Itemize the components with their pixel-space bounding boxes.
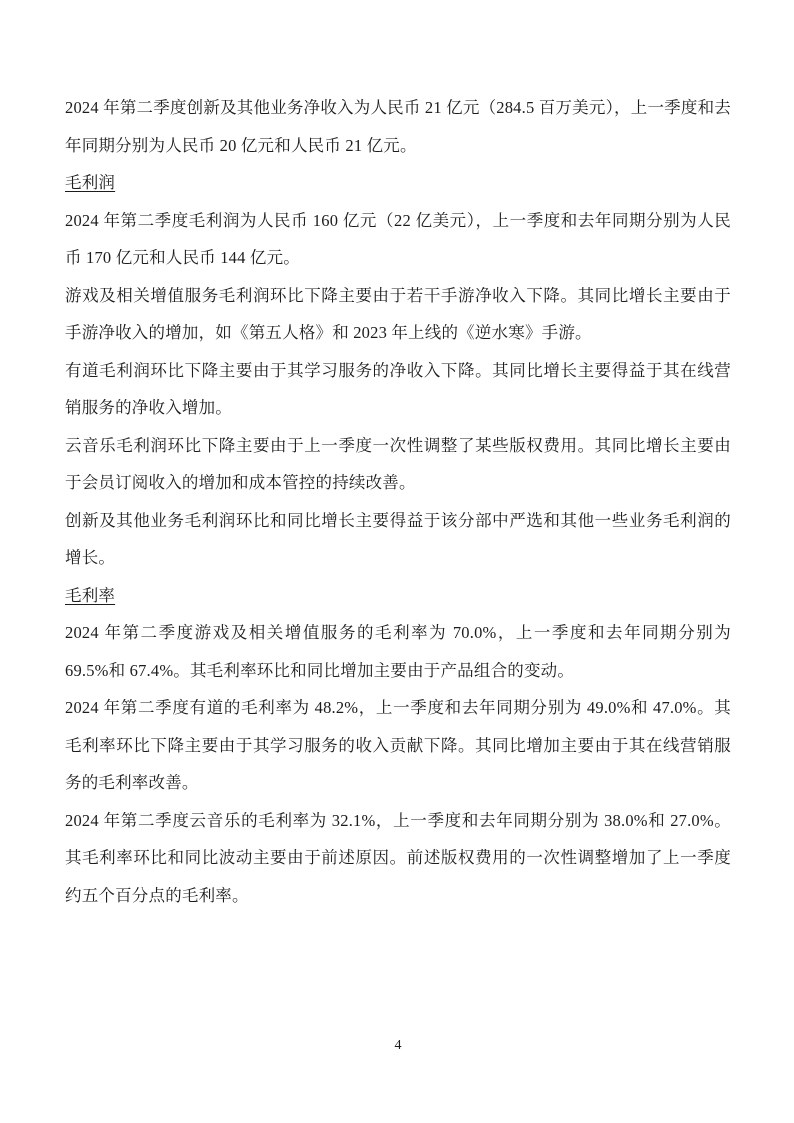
body-paragraph: 云音乐毛利润环比下降主要由于上一季度一次性调整了某些版权费用。其同比增长主要由于… — [65, 427, 731, 502]
page-footer: 4 — [65, 1036, 731, 1056]
body-paragraph: 2024 年第二季度游戏及相关增值服务的毛利率为 70.0%，上一季度和去年同期… — [65, 614, 731, 689]
body-paragraph: 2024 年第二季度创新及其他业务净收入为人民币 21 亿元（284.5 百万美… — [65, 89, 731, 164]
body-paragraph: 2024 年第二季度毛利润为人民币 160 亿元（22 亿美元），上一季度和去年… — [65, 202, 731, 277]
page-number: 4 — [395, 1038, 402, 1053]
section-heading-gross-margin: 毛利率 — [65, 577, 731, 615]
section-heading-gross-profit: 毛利润 — [65, 164, 731, 202]
body-paragraph: 游戏及相关增值服务毛利润环比下降主要由于若干手游净收入下降。其同比增长主要由于手… — [65, 277, 731, 352]
body-paragraph: 创新及其他业务毛利润环比和同比增长主要得益于该分部中严选和其他一些业务毛利润的增… — [65, 502, 731, 577]
body-paragraph: 2024 年第二季度有道的毛利率为 48.2%，上一季度和去年同期分别为 49.… — [65, 689, 731, 802]
body-paragraph: 有道毛利润环比下降主要由于其学习服务的净收入下降。其同比增长主要得益于其在线营销… — [65, 352, 731, 427]
body-paragraph: 2024 年第二季度云音乐的毛利率为 32.1%，上一季度和去年同期分别为 38… — [65, 802, 731, 915]
document-page: 2024 年第二季度创新及其他业务净收入为人民币 21 亿元（284.5 百万美… — [0, 0, 794, 1123]
document-body: 2024 年第二季度创新及其他业务净收入为人民币 21 亿元（284.5 百万美… — [65, 89, 731, 914]
